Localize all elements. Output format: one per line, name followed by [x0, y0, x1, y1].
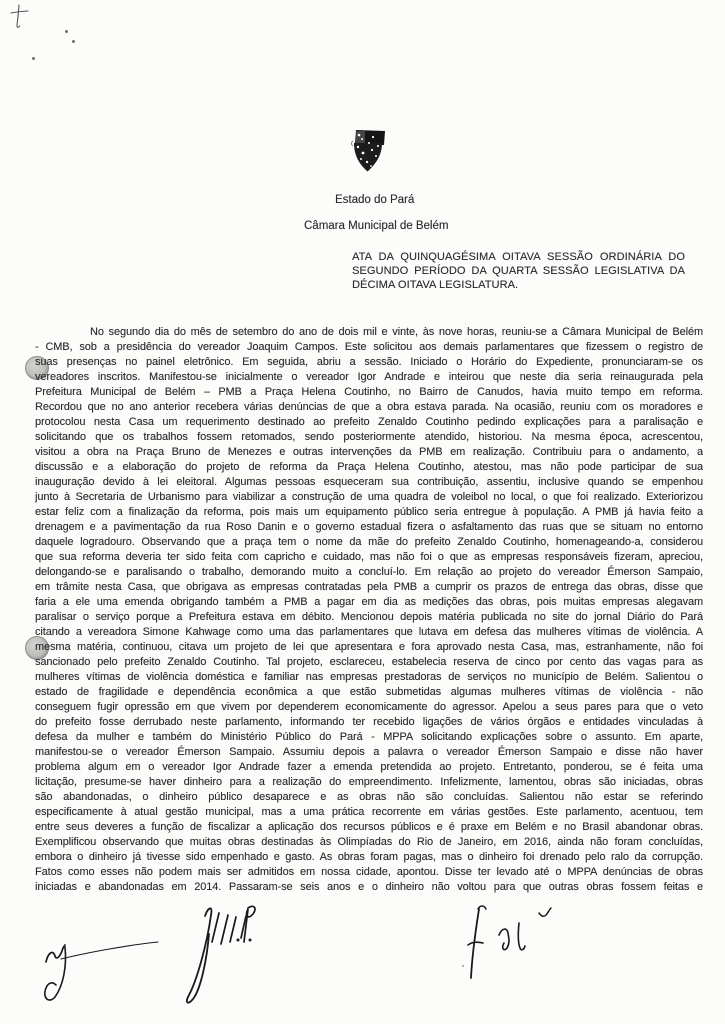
text-line: Fatos como esses não podem mais ser admi…	[35, 865, 703, 880]
text-line: drenagem e a pavimentação da rua Roso Da…	[35, 520, 703, 535]
text-line: Recordou que no ano anterior recebera vá…	[35, 400, 703, 415]
text-line: embora o dinheiro já tivesse sido empenh…	[35, 850, 703, 865]
text-line: entre seus deveres a função de fiscaliza…	[35, 820, 703, 835]
text-line: vereadores inscritos. Manifestou-se inic…	[35, 370, 703, 385]
text-line: mesma matéria, continuou, citava um proj…	[35, 640, 703, 655]
text-line: junto à Secretaria de Urbanismo para via…	[35, 490, 703, 505]
handwritten-cross-icon	[8, 2, 36, 32]
session-title-block: ATA DA QUINQUAGÉSIMA OITAVA SESSÃO ORDIN…	[352, 250, 685, 292]
text-line: defesa da mulher e também do Ministério …	[35, 730, 703, 745]
text-line: problema algum em o vereador Igor Andrad…	[35, 760, 703, 775]
coat-of-arms-icon	[349, 129, 386, 173]
text-line: que sua reforma deveria ter sido feita c…	[35, 550, 703, 565]
letterhead-state: Estado do Pará	[335, 194, 414, 207]
text-line: em trâmite nesta Casa, que obrigava as e…	[35, 580, 703, 595]
letterhead-municipality: Câmara Municipal de Belém	[304, 220, 448, 233]
text-line: especificamente à atual gestão municipal…	[35, 805, 703, 820]
text-line: discussão e a elaboração do projeto de r…	[35, 460, 703, 475]
minutes-body-text: No segundo dia do mês de setembro do ano…	[35, 325, 703, 895]
text-line: do prefeito fosse derrubado neste parlam…	[35, 715, 703, 730]
text-line: DÉCIMA OITAVA LEGISLATURA.	[352, 278, 685, 292]
scan-speck	[65, 30, 68, 33]
text-line: citando a vereadora Simone Kahwage como …	[35, 625, 703, 640]
scan-speck	[72, 40, 75, 43]
text-line: - CMB, sob a presidência do vereador Joa…	[35, 340, 703, 355]
text-line: iniciadas e abandonadas em 2014. Passara…	[35, 880, 703, 895]
text-line: paralisar o serviço porque a Prefeitura …	[35, 610, 703, 625]
signature-right	[455, 902, 560, 987]
text-line: Exemplificou observando que muitas obras…	[35, 835, 703, 850]
text-line: licitação, presume-se haver dinheiro par…	[35, 775, 703, 790]
text-line: SEGUNDO PERÍODO DA QUARTA SESSÃO LEGISLA…	[352, 264, 685, 278]
text-line: protocolou nesta Casa um requerimento de…	[35, 415, 703, 430]
text-line: mulheres vítimas de violência doméstica …	[35, 670, 703, 685]
text-line: suas presenças no painel eletrônico. Em …	[35, 355, 703, 370]
signature-left	[40, 932, 165, 1010]
text-line: No segundo dia do mês de setembro do ano…	[35, 325, 703, 340]
text-line: Prefeitura Municipal de Belém – PMB a Pr…	[35, 385, 703, 400]
text-line: estado de fragilidade e dependência econ…	[35, 685, 703, 700]
scanned-document-page: Estado do Pará Câmara Municipal de Belém…	[0, 0, 725, 1024]
text-line: estar feliz com a finalização da reforma…	[35, 505, 703, 520]
text-line: sancionado pelo prefeito Zenaldo Coutinh…	[35, 655, 703, 670]
text-line: são abandonadas, o dinheiro público desa…	[35, 790, 703, 805]
text-line: inauguração devido à lei eleitoral. Algu…	[35, 475, 703, 490]
text-line: conseguem fugir opressão em que vivem po…	[35, 700, 703, 715]
text-line: visitou a obra na Praça Bruno de Menezes…	[35, 445, 703, 460]
text-line: ATA DA QUINQUAGÉSIMA OITAVA SESSÃO ORDIN…	[352, 250, 685, 264]
text-line: delongando-se e paralisando o trabalho, …	[35, 565, 703, 580]
scan-speck	[32, 57, 35, 60]
text-line: daquele logradouro. Observando que a pra…	[35, 535, 703, 550]
signature-middle	[178, 900, 258, 1015]
text-line: faria a ele uma emenda obrigando também …	[35, 595, 703, 610]
text-line: manifestou-se o vereador Émerson Sampaio…	[35, 745, 703, 760]
text-line: solicitando que os trabalhos fossem reto…	[35, 430, 703, 445]
